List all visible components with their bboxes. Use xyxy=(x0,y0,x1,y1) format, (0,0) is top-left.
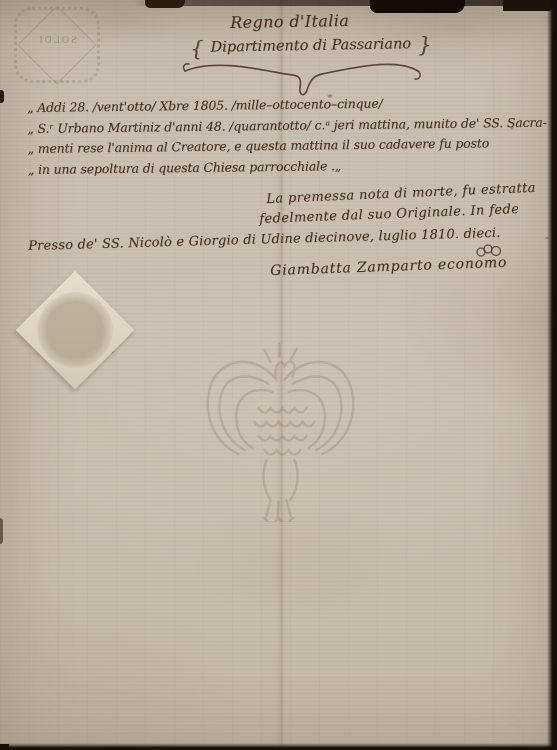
top-edge-ink-blot xyxy=(145,0,185,8)
stamp-wreath-border xyxy=(14,7,100,83)
left-edge-mark xyxy=(0,90,4,103)
manuscript-page: SOLDI Regno d'Italia { Dipartimento di P… xyxy=(0,0,557,750)
death-record-paragraph: „ Addi 28. /vent'otto/ Xbre 1805. /mille… xyxy=(27,92,547,181)
seal-stain xyxy=(37,292,113,368)
attestation-line: fedelmente dal suo Originale. In fede xyxy=(259,202,520,227)
page-right-edge xyxy=(547,0,557,750)
left-edge-mark xyxy=(0,744,9,750)
brace-close: } xyxy=(418,33,432,57)
wafer-seal-patch xyxy=(16,271,135,390)
signature: Giambatta Zamparto economo xyxy=(270,255,507,279)
dateline: Presso de' SS. Nicolò e Giorgio di Udine… xyxy=(28,226,501,254)
header-kingdom: Regno d'Italia xyxy=(230,11,349,32)
page-top-edge-damage xyxy=(134,0,557,6)
top-edge-ink-blot xyxy=(370,0,465,13)
header-department: Dipartimento di Passariano xyxy=(210,36,411,55)
stamp-text: SOLDI xyxy=(14,35,100,46)
page-bottom-edge xyxy=(0,743,557,750)
stamp-diamond xyxy=(17,5,96,84)
eagle-watermark xyxy=(178,342,383,522)
embossed-stamp-icon: SOLDI xyxy=(14,7,100,83)
left-edge-mark xyxy=(0,518,3,544)
signature-flourish-icon xyxy=(474,242,504,260)
